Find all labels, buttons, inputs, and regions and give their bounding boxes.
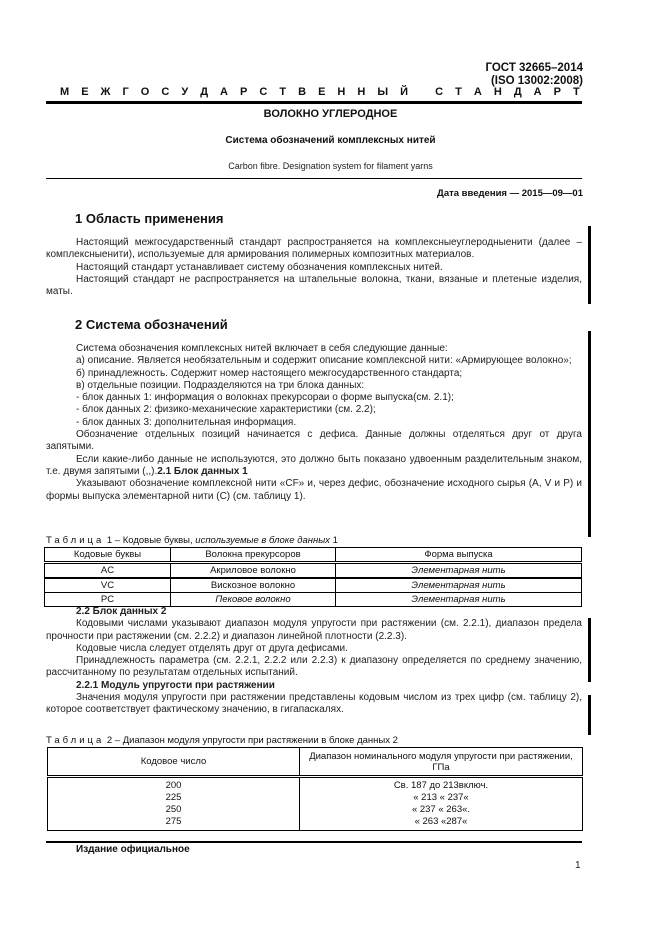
table-2-elastic-modulus: Кодовое число Диапазон номинального моду…	[47, 747, 583, 831]
column-header: Форма выпуска	[336, 548, 582, 563]
list-item: - блок данных 2: физико-механические хар…	[46, 404, 582, 416]
column-header: Кодовые буквы	[45, 548, 171, 563]
table-cell: Акриловое волокно	[171, 563, 336, 579]
table-header-row: Кодовое число Диапазон номинального моду…	[48, 748, 583, 777]
banner-letter: Н	[337, 86, 345, 98]
paragraph: Кодовыми числами указывают диапазон моду…	[46, 618, 582, 643]
change-bar	[588, 226, 591, 304]
banner-letter: Ж	[101, 86, 111, 98]
table-row: 275 « 263 «287«	[48, 816, 583, 831]
list-item: - блок данных 1: информация о волокнах п…	[46, 392, 582, 404]
section-1-heading: 1 Область применения	[75, 211, 224, 226]
table-cell: VC	[45, 578, 171, 593]
table-row: AC Акриловое волокно Элементарная нить	[45, 563, 582, 579]
title-rule	[46, 178, 582, 179]
banner-letter: Е	[81, 86, 88, 98]
banner-letter: Т	[455, 86, 462, 98]
paragraph: б) принадлежность. Содержит номер настоя…	[46, 368, 582, 380]
paragraph: Настоящий стандарт не распространяется н…	[46, 274, 582, 299]
banner-letter: М	[60, 86, 69, 98]
table-cell: Пековое волокно	[171, 593, 336, 607]
gost-number: ГОСТ 32665–2014	[485, 62, 583, 75]
table-cell: Св. 187 до 213включ.	[300, 777, 583, 793]
section-2-body: Система обозначения комплексных нитей вк…	[46, 343, 582, 503]
table-cell: PC	[45, 593, 171, 607]
list-item: - блок данных 3: дополнительная информац…	[46, 417, 582, 429]
banner-letter: Д	[514, 86, 522, 98]
banner-letter: Т	[279, 86, 286, 98]
table-row: 225 « 213 « 237«	[48, 792, 583, 804]
table-2-caption: Таблица 2 – Диапазон модуля упругости пр…	[46, 735, 398, 746]
paragraph: а) описание. Является необязательным и с…	[46, 355, 582, 367]
caption-text: – Диапазон модуля упругости при растяжен…	[112, 735, 398, 746]
banner-letter: В	[298, 86, 306, 98]
document-subtitle: Система обозначений комплексных нитей	[0, 135, 661, 146]
table-cell: « 237 « 263«.	[300, 804, 583, 816]
banner-letter: Ы	[377, 86, 388, 98]
banner-letter: У	[181, 86, 188, 98]
official-edition-label: Издание официальное	[76, 844, 190, 855]
document-title: ВОЛОКНО УГЛЕРОДНОЕ	[0, 108, 661, 120]
banner-letter: О	[141, 86, 150, 98]
banner-letter: А	[534, 86, 542, 98]
banner-letter: Н	[357, 86, 365, 98]
gost-code-block: ГОСТ 32665–2014 (ISO 13002:2008)	[485, 62, 583, 88]
banner-letter: Н	[494, 86, 502, 98]
header-rule	[46, 101, 582, 104]
banner-letter: Р	[554, 86, 561, 98]
banner-letter: С	[259, 86, 267, 98]
banner-letter: А	[220, 86, 228, 98]
column-header: Диапазон номинального модуля упругости п…	[300, 748, 583, 777]
paragraph: Система обозначения комплексных нитей вк…	[46, 343, 582, 355]
banner-letter: С	[161, 86, 169, 98]
banner-letter	[420, 86, 423, 98]
table-cell: « 213 « 237«	[300, 792, 583, 804]
table-cell: Элементарная нить	[336, 593, 582, 607]
paragraph: Указывают обозначение комплексной нити «…	[46, 478, 582, 503]
banner-letter: Р	[240, 86, 247, 98]
table-cell: 275	[48, 816, 300, 831]
table-cell: 200	[48, 777, 300, 793]
subsection-2-1-heading: 2.1 Блок данных 1	[157, 466, 247, 477]
paragraph: Настоящий межгосударственный стандарт ра…	[46, 237, 582, 262]
banner-letter: Й	[400, 86, 408, 98]
table-1-code-letters: Кодовые буквы Волокна прекурсоров Форма …	[44, 547, 582, 607]
table-1-caption: Таблица 1 – Кодовые буквы, используемые …	[46, 535, 338, 546]
table-cell: Элементарная нить	[336, 563, 582, 579]
table-row: 250 « 237 « 263«.	[48, 804, 583, 816]
table-cell: AC	[45, 563, 171, 579]
paragraph: в) отдельные позиции. Подразделяются на …	[46, 380, 582, 392]
date-of-introduction: Дата введения — 2015—09—01	[437, 188, 583, 199]
table-cell: « 263 «287«	[300, 816, 583, 831]
caption-label: Таблица	[46, 535, 104, 546]
paragraph: Значения модуля упругости при растяжении…	[46, 692, 582, 717]
paragraph: Обозначение отдельных позиций начинается…	[46, 429, 582, 454]
table-cell: 225	[48, 792, 300, 804]
subsection-2-2-heading: 2.2 Блок данных 2	[46, 606, 582, 618]
banner-letter: С	[435, 86, 443, 98]
change-bar	[588, 331, 591, 537]
column-header: Кодовое число	[48, 748, 300, 777]
table-row: VC Вискозное волокно Элементарная нить	[45, 578, 582, 593]
banner-letter: А	[474, 86, 482, 98]
page-number: 1	[575, 860, 581, 871]
section-2-heading: 2 Система обозначений	[75, 317, 228, 332]
caption-italic: используемые в блоке данных	[195, 535, 330, 546]
table-cell: 250	[48, 804, 300, 816]
subsection-2-2-1-heading: 2.2.1 Модуль упругости при растяжении	[46, 680, 582, 692]
caption-end: 1	[330, 535, 338, 546]
table-cell: Элементарная нить	[336, 578, 582, 593]
paragraph: Если какие-либо данные не используются, …	[46, 454, 582, 479]
paragraph: Настоящий стандарт устанавливает систему…	[46, 262, 582, 274]
banner-letter: Д	[200, 86, 208, 98]
section-2-2-body: 2.2 Блок данных 2 Кодовыми числами указы…	[46, 606, 582, 717]
table-cell: Вискозное волокно	[171, 578, 336, 593]
table-row: PC Пековое волокно Элементарная нить	[45, 593, 582, 607]
change-bar	[588, 695, 591, 735]
column-header: Волокна прекурсоров	[171, 548, 336, 563]
document-title-english: Carbon fibre. Designation system for fil…	[0, 161, 661, 171]
table-header-row: Кодовые буквы Волокна прекурсоров Форма …	[45, 548, 582, 563]
section-1-body: Настоящий межгосударственный стандарт ра…	[46, 237, 582, 298]
table-row: 200 Св. 187 до 213включ.	[48, 777, 583, 793]
change-bar	[588, 618, 591, 682]
paragraph: Кодовые числа следует отделять друг от д…	[46, 643, 582, 655]
banner-letter: Е	[318, 86, 325, 98]
paragraph: Принадлежность параметра (см. 2.2.1, 2.2…	[46, 655, 582, 680]
caption-label: Таблица	[46, 735, 104, 746]
footer-rule	[46, 841, 582, 843]
banner-letter: Т	[573, 86, 580, 98]
banner-letter: Г	[123, 86, 129, 98]
interstate-standard-banner: МЕЖГОСУДАРСТВЕННЫЙ СТАНДАРТ	[60, 86, 580, 98]
caption-text: – Кодовые буквы,	[112, 535, 195, 546]
unused-data-text: Если какие-либо данные не используются, …	[46, 454, 582, 477]
